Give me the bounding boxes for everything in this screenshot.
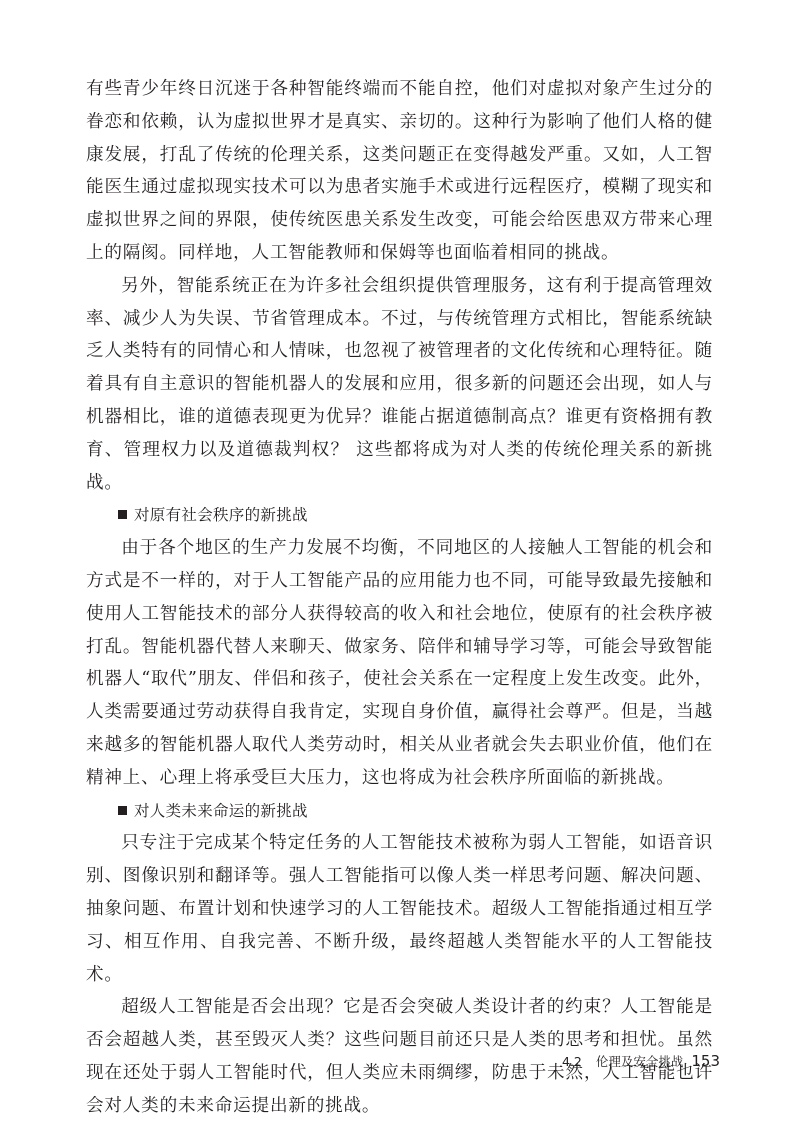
square-bullet-icon	[118, 510, 127, 519]
footer-section-number: 4.2	[562, 1054, 582, 1069]
paragraph-virtual-world-dependence: 有些青少年终日沉迷于各种智能终端而不能自控，他们对虚拟对象产生过分的眷恋和依赖，…	[86, 73, 713, 270]
paragraph-ai-levels: 只专注于完成某个特定任务的人工智能技术被称为弱人工智能，如语音识别、图像识别和翻…	[86, 827, 713, 991]
paragraph-intelligent-management: 另外，智能系统正在为许多社会组织提供管理服务，这有利于提高管理效率、减少人为失误…	[86, 270, 713, 500]
subheading-social-order-text: 对原有社会秩序的新挑战	[134, 506, 308, 524]
subheading-human-future-text: 对人类未来命运的新挑战	[134, 802, 308, 820]
paragraph-social-order: 由于各个地区的生产力发展不均衡，不同地区的人接触人工智能的机会和方式是不一样的，…	[86, 532, 713, 794]
square-bullet-icon	[118, 806, 127, 815]
subheading-social-order: 对原有社会秩序的新挑战	[86, 499, 713, 532]
subheading-human-future: 对人类未来命运的新挑战	[86, 795, 713, 828]
page-body: 有些青少年终日沉迷于各种智能终端而不能自控，他们对虚拟对象产生过分的眷恋和依赖，…	[86, 73, 713, 1122]
page-number: 153	[691, 1052, 720, 1070]
footer-section-title: 伦理及安全挑战	[596, 1054, 684, 1069]
page-footer: 4.2 伦理及安全挑战 153	[562, 1052, 720, 1070]
